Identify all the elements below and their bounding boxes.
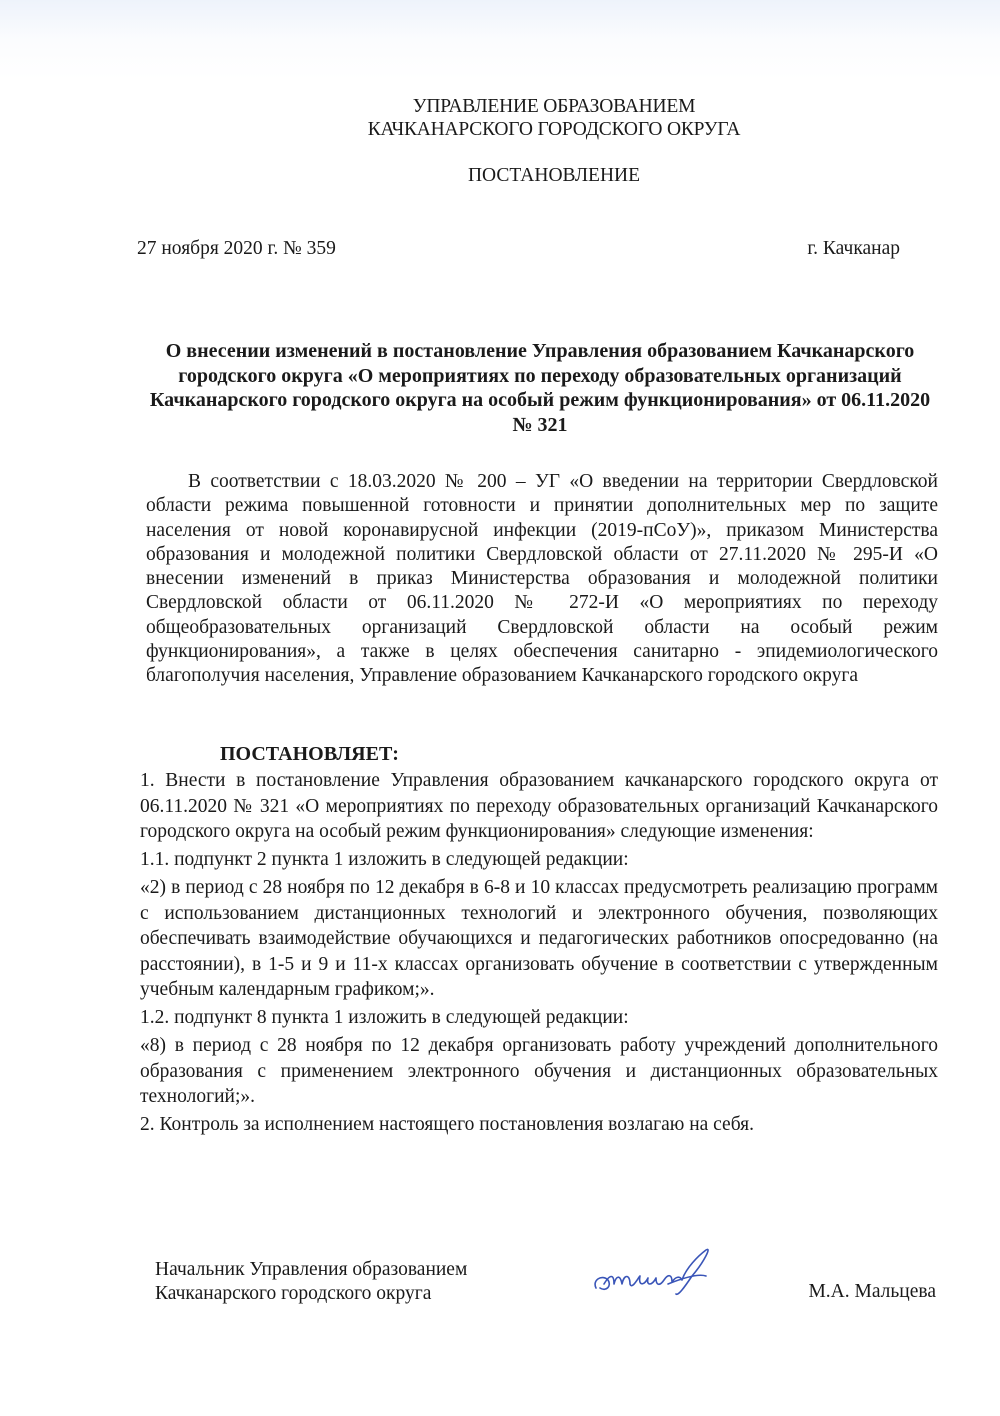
preamble-paragraph: В соответствии с 18.03.2020 № 200 – УГ «…: [146, 470, 938, 689]
signatory-position-line1: Начальник Управления образованием: [155, 1258, 467, 1282]
document-type: ПОСТАНОВЛЕНИЕ: [54, 165, 1000, 187]
signatory-name: М.А. Мальцева: [808, 1281, 936, 1303]
decree-item-1-1: 1.1. подпункт 2 пункта 1 изложить в след…: [140, 847, 938, 873]
handwritten-signature-icon: [588, 1240, 758, 1300]
decree-heading: ПОСТАНОВЛЯЕТ:: [220, 743, 399, 766]
organization-name-line2: КАЧКАНАРСКОГО ГОРОДСКОГО ОКРУГА: [54, 118, 1000, 142]
document-title: О внесении изменений в постановление Упр…: [140, 339, 940, 437]
decree-item-2: 2. Контроль за исполнением настоящего по…: [140, 1112, 938, 1138]
decree-item-1: 1. Внести в постановление Управления обр…: [140, 768, 938, 845]
decree-item-1-2: 1.2. подпункт 8 пункта 1 изложить в след…: [140, 1005, 938, 1031]
decree-items: 1. Внести в постановление Управления обр…: [140, 768, 938, 1140]
document-date-number: 27 ноября 2020 г. № 359: [137, 238, 336, 260]
signatory-position: Начальник Управления образованием Качкан…: [155, 1258, 467, 1305]
decree-item-1-1-text: «2) в период с 28 ноября по 12 декабря в…: [140, 875, 938, 1003]
signatory-position-line2: Качканарского городского округа: [155, 1282, 467, 1306]
organization-name-line1: УПРАВЛЕНИЕ ОБРАЗОВАНИЕМ: [54, 95, 1000, 119]
document-page: УПРАВЛЕНИЕ ОБРАЗОВАНИЕМ КАЧКАНАРСКОГО ГО…: [0, 0, 1000, 1416]
document-city: г. Качканар: [807, 238, 900, 260]
decree-item-1-2-text: «8) в период с 28 ноября по 12 декабря о…: [140, 1033, 938, 1110]
